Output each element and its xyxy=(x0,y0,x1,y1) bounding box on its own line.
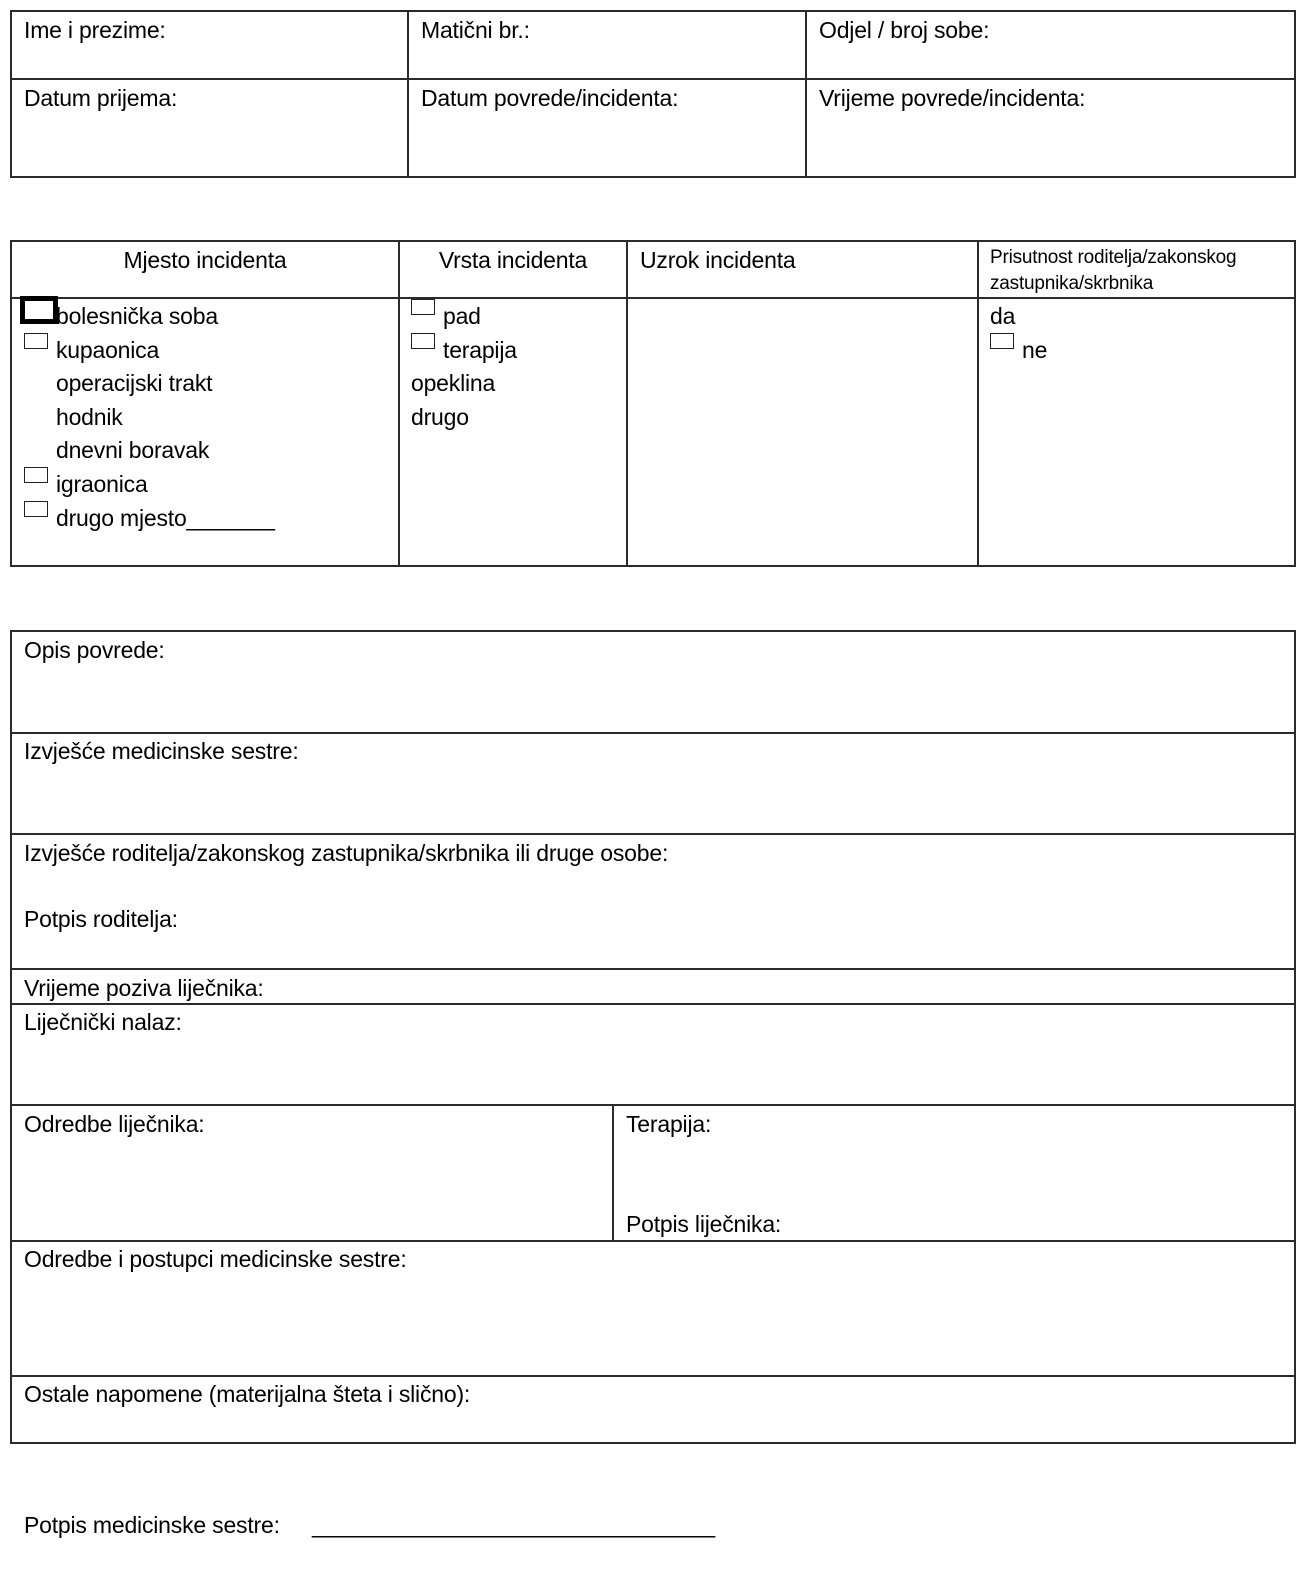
table-border xyxy=(10,1442,1296,1444)
doctor-orders-label: Odredbe liječnika: xyxy=(24,1113,205,1136)
table-border xyxy=(1294,240,1296,567)
parent-signature-label: Potpis roditelja: xyxy=(24,908,178,931)
presence-option-label: da xyxy=(990,305,1015,328)
table-border xyxy=(398,240,400,567)
table-border xyxy=(977,240,979,567)
checkbox-icon[interactable] xyxy=(20,296,58,324)
admission-date-label: Datum prijema: xyxy=(24,87,177,110)
nurse-report-label: Izvješće medicinske sestre: xyxy=(24,740,299,763)
id-number-field[interactable]: Matični br.: xyxy=(409,12,805,78)
type-option-label: drugo xyxy=(411,406,469,429)
incident-date-label: Datum povrede/incidenta: xyxy=(421,87,678,110)
nurse-orders-label: Odredbe i postupci medicinske sestre: xyxy=(24,1248,407,1271)
doctor-findings-field[interactable]: Liječnički nalaz: xyxy=(12,1005,1294,1104)
nurse-orders-field[interactable]: Odredbe i postupci medicinske sestre: xyxy=(12,1242,1294,1375)
name-field[interactable]: Ime i prezime: xyxy=(12,12,407,78)
type-option-label: terapija xyxy=(443,339,517,362)
injury-description-field[interactable]: Opis povrede: xyxy=(12,632,1294,732)
checkbox-icon[interactable] xyxy=(990,333,1014,349)
incident-time-label: Vrijeme povrede/incidenta: xyxy=(819,87,1085,110)
header-cause: Uzrok incidenta xyxy=(640,249,796,272)
checkbox-icon[interactable] xyxy=(411,333,435,349)
location-option-label: drugo mjesto_______ xyxy=(56,507,275,530)
admission-date-field[interactable]: Datum prijema: xyxy=(12,80,407,176)
doctor-orders-field[interactable]: Odredbe liječnika: xyxy=(12,1106,612,1240)
location-option-label: operacijski trakt xyxy=(56,372,212,395)
header-presence-line2: zastupnika/skrbnika xyxy=(990,274,1153,293)
department-room-label: Odjel / broj sobe: xyxy=(819,19,989,42)
nurse-signature-label: Potpis medicinske sestre: xyxy=(24,1514,280,1537)
cause-field[interactable] xyxy=(628,299,977,565)
table-border xyxy=(10,240,1296,242)
parent-report-field[interactable]: Izvješće roditelja/zakonskog zastupnika/… xyxy=(12,835,1294,968)
table-border xyxy=(1294,10,1296,178)
location-option-label: igraonica xyxy=(56,473,148,496)
table-border xyxy=(1294,630,1296,1444)
checkbox-icon[interactable] xyxy=(24,333,48,349)
incident-time-field[interactable]: Vrijeme povrede/incidenta: xyxy=(807,80,1294,176)
location-option-label: kupaonica xyxy=(56,339,159,362)
doctor-findings-label: Liječnički nalaz: xyxy=(24,1011,182,1034)
type-option-label: opeklina xyxy=(411,372,495,395)
nurse-signature-line[interactable]: ________________________________ xyxy=(312,1514,715,1537)
parent-report-label: Izvješće roditelja/zakonskog zastupnika/… xyxy=(24,842,668,865)
location-option-label: hodnik xyxy=(56,406,123,429)
checkbox-icon[interactable] xyxy=(411,299,435,315)
doctor-call-time-field[interactable]: Vrijeme poziva liječnika: xyxy=(12,970,1294,1003)
table-border xyxy=(10,176,1296,178)
header-location: Mjesto incidenta xyxy=(12,249,398,272)
checkbox-icon[interactable] xyxy=(24,467,48,483)
header-presence-line1: Prisutnost roditelja/zakonskog xyxy=(990,248,1236,267)
header-type: Vrsta incidenta xyxy=(400,249,626,272)
type-option-label: pad xyxy=(443,305,481,328)
location-option-label: dnevni boravak xyxy=(56,439,209,462)
doctor-call-time-label: Vrijeme poziva liječnika: xyxy=(24,977,264,1000)
other-notes-field[interactable]: Ostale napomene (materijalna šteta i sli… xyxy=(12,1377,1294,1442)
nurse-report-field[interactable]: Izvješće medicinske sestre: xyxy=(12,734,1294,833)
injury-description-label: Opis povrede: xyxy=(24,639,165,662)
table-border xyxy=(10,240,12,567)
therapy-label: Terapija: xyxy=(626,1113,711,1136)
other-notes-label: Ostale napomene (materijalna šteta i sli… xyxy=(24,1383,470,1406)
department-room-field[interactable]: Odjel / broj sobe: xyxy=(807,12,1294,78)
therapy-field[interactable]: Terapija: Potpis liječnika: xyxy=(614,1106,1294,1240)
location-option-label: bolesnička soba xyxy=(56,305,218,328)
name-label: Ime i prezime: xyxy=(24,19,166,42)
table-border xyxy=(10,565,1296,567)
incident-date-field[interactable]: Datum povrede/incidenta: xyxy=(409,80,805,176)
presence-option-label: ne xyxy=(1022,339,1047,362)
doctor-signature-label: Potpis liječnika: xyxy=(626,1213,781,1236)
checkbox-icon[interactable] xyxy=(24,501,48,517)
id-number-label: Matični br.: xyxy=(421,19,530,42)
